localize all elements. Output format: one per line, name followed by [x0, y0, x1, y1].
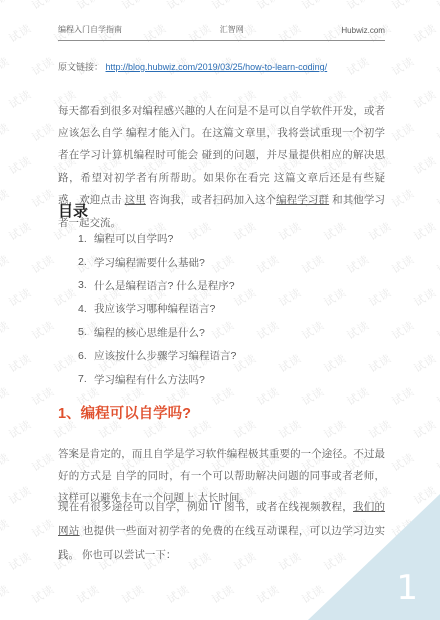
watermark-text: 试读: [434, 317, 440, 343]
toc-item: 6. 应该按什么步骤学习编程语言?: [78, 344, 236, 367]
watermark-text: 试读: [6, 416, 35, 442]
section-1-text-1: 现在有很多途径可以自学，例如 IT 图书，或者在线视频教程，: [58, 501, 353, 513]
toc-item: 2. 学习编程需要什么基础?: [78, 250, 236, 273]
watermark-text: 试读: [6, 548, 35, 574]
source-link-url[interactable]: http://blog.hubwiz.com/2019/03/25/how-to…: [106, 62, 328, 72]
watermark-text: 试读: [6, 284, 35, 310]
watermark-text: 试读: [434, 53, 440, 79]
toc-item-label: 什么是编程语言? 什么是程序?: [94, 278, 235, 293]
watermark-text: 试读: [344, 383, 373, 409]
watermark-text: 试读: [0, 449, 12, 475]
watermark-text: 试读: [29, 251, 58, 277]
watermark-text: 试读: [389, 185, 418, 211]
watermark-text: 试读: [276, 416, 305, 442]
watermark-text: 试读: [411, 218, 440, 244]
watermark-text: 试读: [434, 383, 440, 409]
intro-text-2: 咨询我，或者扫码加入这个: [146, 194, 276, 206]
here-link[interactable]: 这里: [125, 194, 146, 206]
watermark-text: 试读: [411, 86, 440, 112]
watermark-text: 试读: [411, 350, 440, 376]
watermark-text: 试读: [299, 317, 328, 343]
watermark-text: 试读: [276, 350, 305, 376]
watermark-text: 试读: [344, 251, 373, 277]
source-link-row: 原文链接： http://blog.hubwiz.com/2019/03/25/…: [58, 60, 327, 73]
watermark-text: 试读: [366, 416, 395, 442]
header-domain: Hubwiz.com: [341, 26, 385, 35]
watermark-text: 试读: [434, 185, 440, 211]
watermark-text: 试读: [0, 581, 12, 607]
watermark-text: 试读: [29, 581, 58, 607]
watermark-text: 试读: [74, 0, 103, 13]
toc-item-number: 4.: [78, 303, 94, 315]
watermark-text: 试读: [29, 0, 58, 13]
watermark-text: 试读: [389, 53, 418, 79]
watermark-text: 试读: [366, 350, 395, 376]
watermark-text: 试读: [6, 86, 35, 112]
watermark-text: 试读: [299, 383, 328, 409]
watermark-text: 试读: [164, 0, 193, 13]
watermark-text: 试读: [6, 20, 35, 46]
toc-title: 目录: [58, 200, 88, 221]
watermark-text: 试读: [6, 218, 35, 244]
watermark-text: 试读: [321, 416, 350, 442]
watermark-text: 试读: [366, 284, 395, 310]
toc-list: 1. 编程可以自学吗? 2. 学习编程需要什么基础? 3. 什么是编程语言? 什…: [78, 227, 236, 391]
watermark-text: 试读: [0, 0, 12, 13]
watermark-text: 试读: [389, 383, 418, 409]
watermark-text: 试读: [389, 449, 418, 475]
watermark-text: 试读: [119, 581, 148, 607]
watermark-text: 试读: [299, 251, 328, 277]
watermark-text: 试读: [29, 317, 58, 343]
watermark-text: 试读: [29, 185, 58, 211]
toc-item-label: 编程可以自学吗?: [94, 231, 173, 246]
watermark-text: 试读: [6, 152, 35, 178]
toc-item-number: 6.: [78, 350, 94, 362]
watermark-text: 试读: [0, 119, 12, 145]
toc-item: 5. 编程的核心思维是什么?: [78, 321, 236, 344]
source-link-label: 原文链接：: [58, 62, 103, 72]
watermark-text: 试读: [209, 0, 238, 13]
page-header: 编程入门自学指南 汇智网 Hubwiz.com: [58, 24, 385, 41]
toc-item: 1. 编程可以自学吗?: [78, 227, 236, 250]
watermark-text: 试读: [231, 416, 260, 442]
toc-item: 7. 学习编程有什么方法吗?: [78, 367, 236, 390]
watermark-text: 试读: [411, 284, 440, 310]
watermark-text: 试读: [0, 383, 12, 409]
watermark-text: 试读: [29, 119, 58, 145]
watermark-text: 试读: [344, 53, 373, 79]
watermark-text: 试读: [389, 317, 418, 343]
watermark-text: 试读: [344, 317, 373, 343]
watermark-text: 试读: [389, 0, 418, 13]
watermark-text: 试读: [254, 383, 283, 409]
watermark-text: 试读: [411, 152, 440, 178]
toc-item-label: 学习编程有什么方法吗?: [94, 372, 205, 387]
intro-paragraph: 每天都看到很多对编程感兴趣的人在问是不是可以自学软件开发，或者应该怎么自学 编程…: [58, 100, 385, 234]
watermark-text: 试读: [254, 581, 283, 607]
watermark-text: 试读: [0, 185, 12, 211]
document-page: 试读试读试读试读试读试读试读试读试读试读试读试读试读试读试读试读试读试读试读试读…: [0, 0, 440, 620]
section-1-text-2: 也提供一些面对初学者的免费的在线互动课程，可以边学习边实践。 你也可以尝试一下：: [58, 525, 385, 561]
watermark-text: 试读: [0, 251, 12, 277]
intro-text-1: 每天都看到很多对编程感兴趣的人在问是不是可以自学软件开发，或者应该怎么自学 编程…: [58, 105, 385, 207]
watermark-text: 试读: [74, 581, 103, 607]
watermark-text: 试读: [389, 119, 418, 145]
page-number: 1: [396, 568, 418, 608]
watermark-text: 试读: [119, 0, 148, 13]
watermark-text: 试读: [0, 53, 12, 79]
section-1-paragraph-2: 现在有很多途径可以自学，例如 IT 图书，或者在线视频教程，我们的网站 也提供一…: [58, 495, 385, 567]
watermark-text: 试读: [209, 581, 238, 607]
watermark-text: 试读: [299, 0, 328, 13]
toc-item-label: 学习编程需要什么基础?: [94, 255, 205, 270]
watermark-text: 试读: [29, 53, 58, 79]
watermark-text: 试读: [321, 284, 350, 310]
watermark-text: 试读: [434, 119, 440, 145]
watermark-text: 试读: [29, 383, 58, 409]
section-1-heading: 1、编程可以自学吗?: [58, 402, 191, 423]
header-site-name: 汇智网: [220, 24, 244, 35]
study-group-link[interactable]: 编程学习群: [276, 194, 329, 206]
watermark-text: 试读: [0, 317, 12, 343]
watermark-text: 试读: [389, 251, 418, 277]
watermark-text: 试读: [164, 581, 193, 607]
watermark-text: 试读: [51, 284, 80, 310]
watermark-text: 试读: [411, 416, 440, 442]
watermark-text: 试读: [254, 0, 283, 13]
watermark-text: 试读: [29, 515, 58, 541]
watermark-text: 试读: [321, 350, 350, 376]
toc-item-number: 2.: [78, 256, 94, 268]
watermark-text: 试读: [411, 20, 440, 46]
watermark-text: 试读: [6, 350, 35, 376]
toc-item-label: 应该按什么步骤学习编程语言?: [94, 348, 236, 363]
toc-item-label: 编程的核心思维是什么?: [94, 325, 205, 340]
watermark-text: 试读: [434, 449, 440, 475]
toc-item-number: 7.: [78, 373, 94, 385]
toc-item-label: 我应该学习哪种编程语言?: [94, 301, 215, 316]
toc-item-number: 1.: [78, 233, 94, 245]
toc-item: 3. 什么是编程语言? 什么是程序?: [78, 274, 236, 297]
toc-item-number: 3.: [78, 279, 94, 291]
watermark-text: 试读: [6, 482, 35, 508]
watermark-text: 试读: [434, 251, 440, 277]
watermark-text: 试读: [299, 581, 328, 607]
watermark-text: 试读: [254, 251, 283, 277]
toc-item: 4. 我应该学习哪种编程语言?: [78, 297, 236, 320]
watermark-text: 试读: [254, 317, 283, 343]
watermark-text: 试读: [51, 350, 80, 376]
toc-item-number: 5.: [78, 326, 94, 338]
header-doc-title: 编程入门自学指南: [58, 24, 122, 35]
watermark-text: 试读: [29, 449, 58, 475]
watermark-text: 试读: [276, 284, 305, 310]
watermark-text: 试读: [434, 0, 440, 13]
watermark-text: 试读: [0, 515, 12, 541]
watermark-text: 试读: [344, 0, 373, 13]
